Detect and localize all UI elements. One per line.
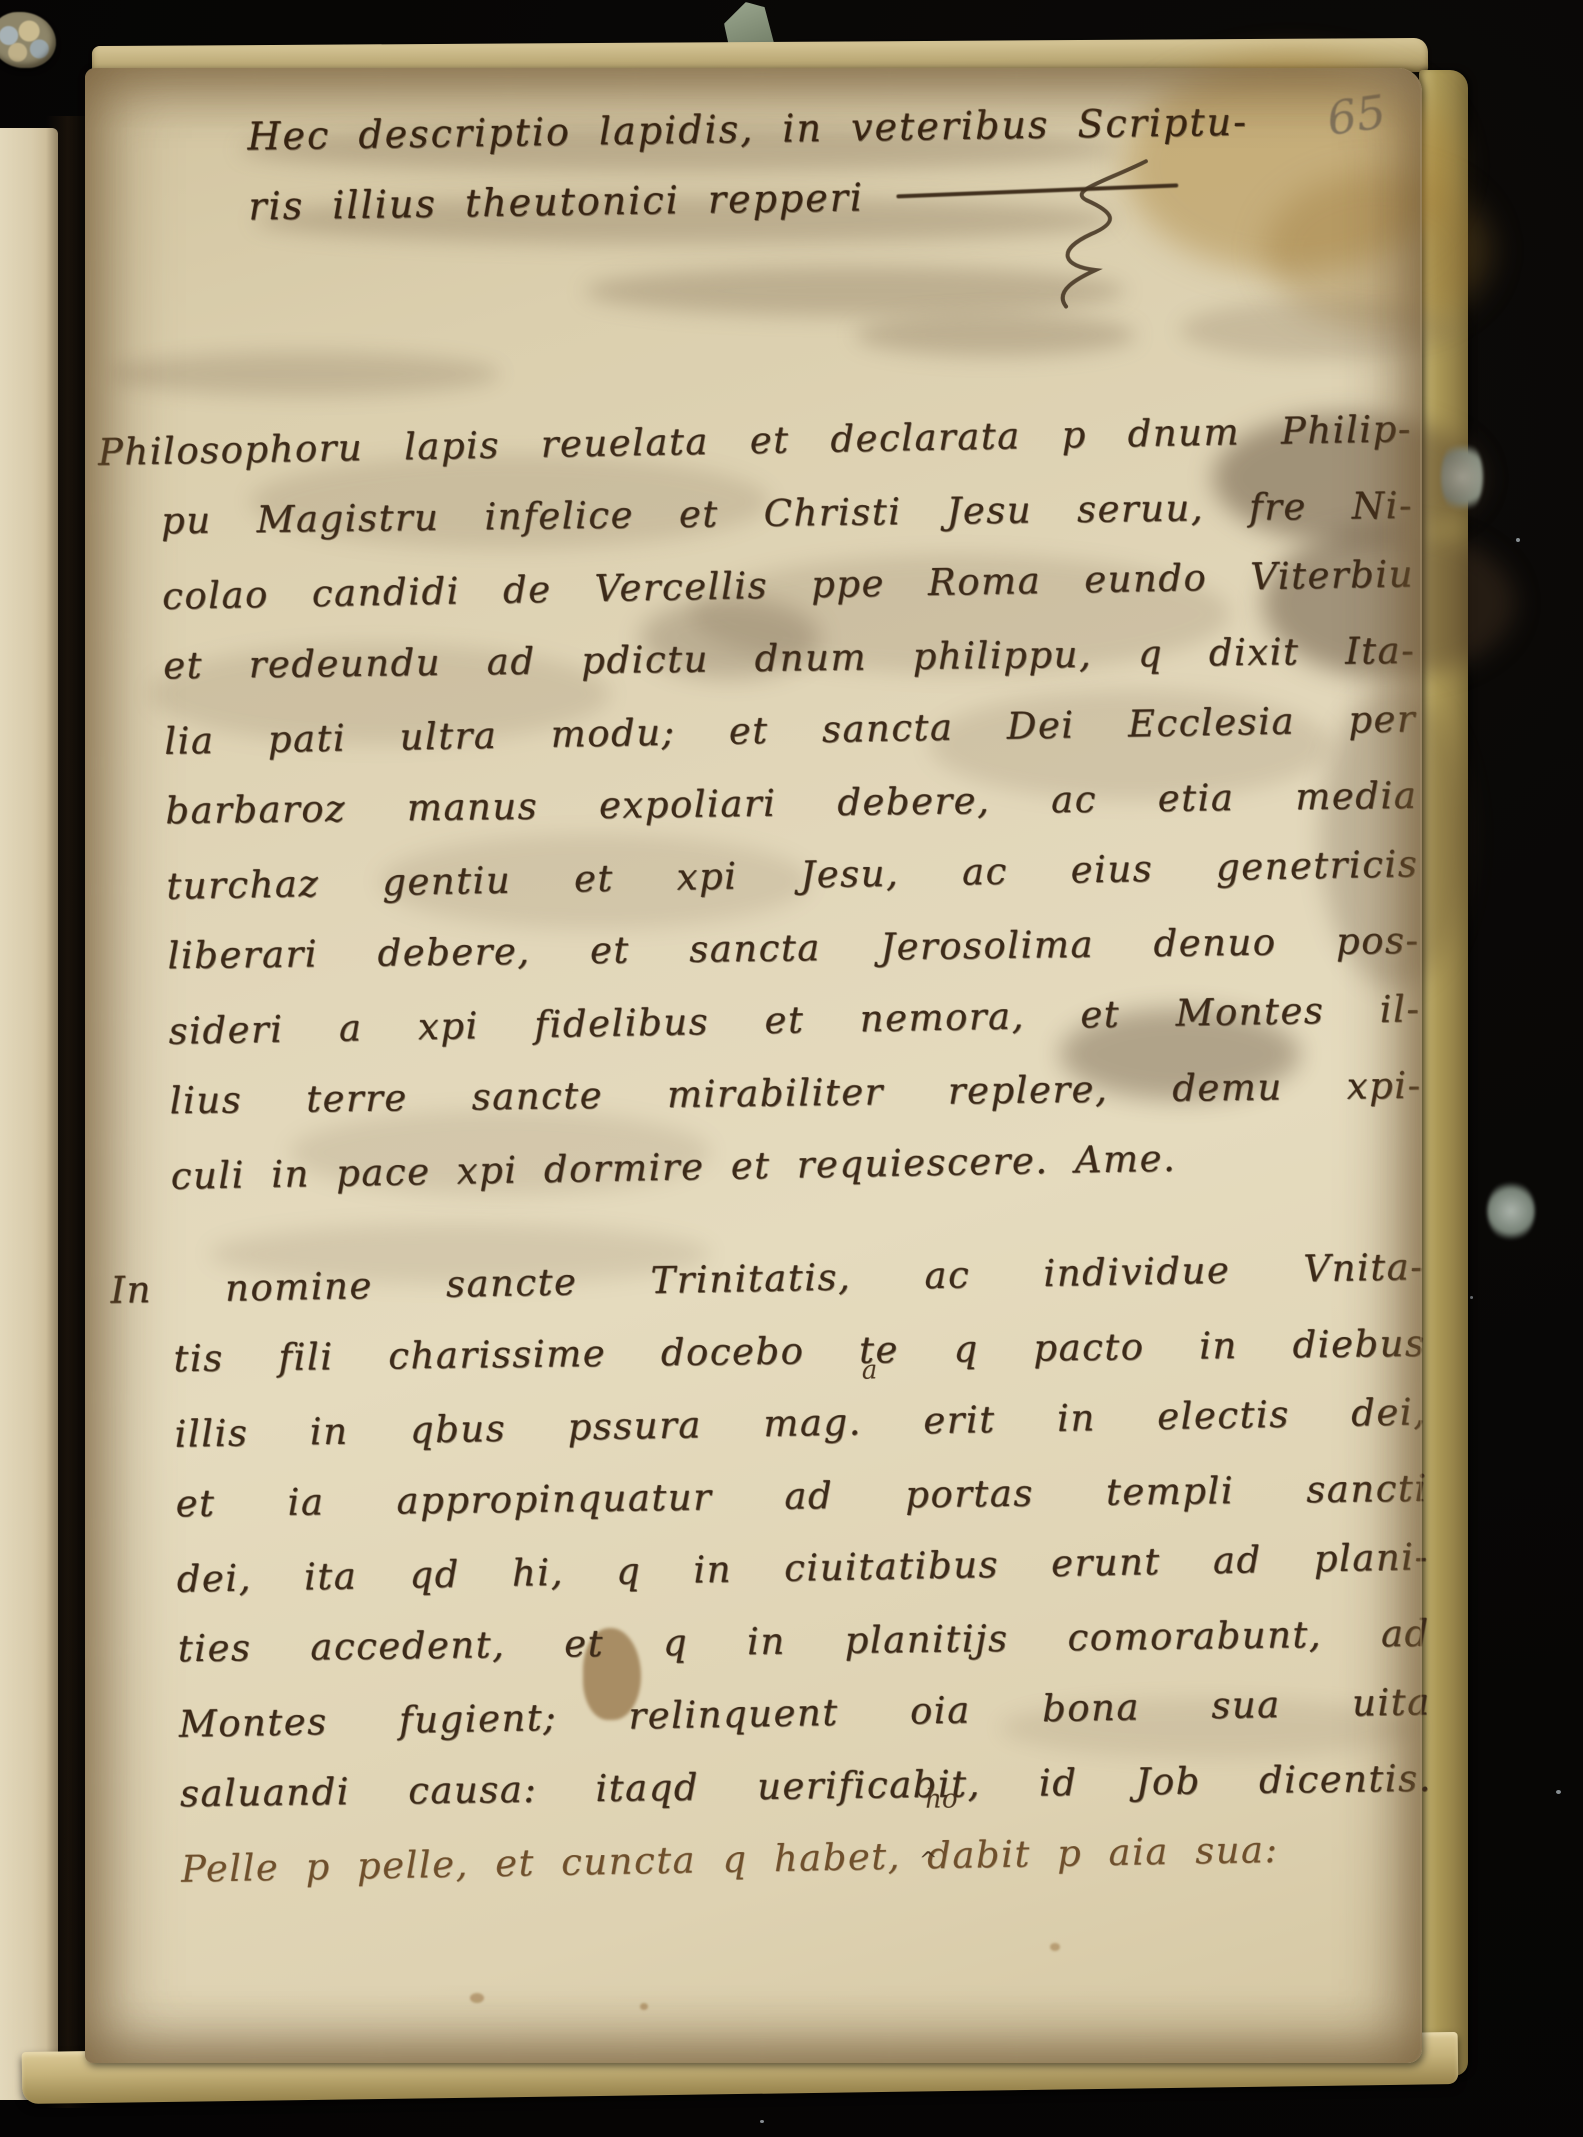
paper-speck bbox=[1470, 1296, 1473, 1299]
insertion-caret: ^ bbox=[919, 1849, 938, 1874]
paragraph: In nomine sancte Trinitatis, ac individu… bbox=[172, 1247, 1434, 1918]
heading-line: Hec descriptio lapidis, in veteribus Scr… bbox=[247, 101, 1153, 184]
paper-speck bbox=[1516, 538, 1520, 542]
paragraph: Philosophoru lapis reuelata et declarata… bbox=[160, 409, 1424, 1225]
heading-line: ris illius theutonici repperi bbox=[248, 171, 1154, 254]
manuscript-photo: 65 Hec descriptio lapidis, in veteribus … bbox=[0, 0, 1583, 2137]
pen-flourish bbox=[1034, 155, 1166, 317]
interlinear-insertion: ho bbox=[925, 1784, 958, 1814]
paper-speck bbox=[760, 2120, 764, 2123]
handwritten-text-layer: Hec descriptio lapidis, in veteribus Scr… bbox=[155, 89, 1435, 2037]
interlinear-insertion: a bbox=[862, 1355, 878, 1385]
endband bbox=[0, 12, 56, 68]
manuscript-page: 65 Hec descriptio lapidis, in veteribus … bbox=[85, 68, 1422, 2063]
heading-block: Hec descriptio lapidis, in veteribus Scr… bbox=[247, 101, 1154, 254]
fiber-tuft bbox=[1487, 1180, 1535, 1242]
paper-speck bbox=[1556, 1790, 1561, 1794]
